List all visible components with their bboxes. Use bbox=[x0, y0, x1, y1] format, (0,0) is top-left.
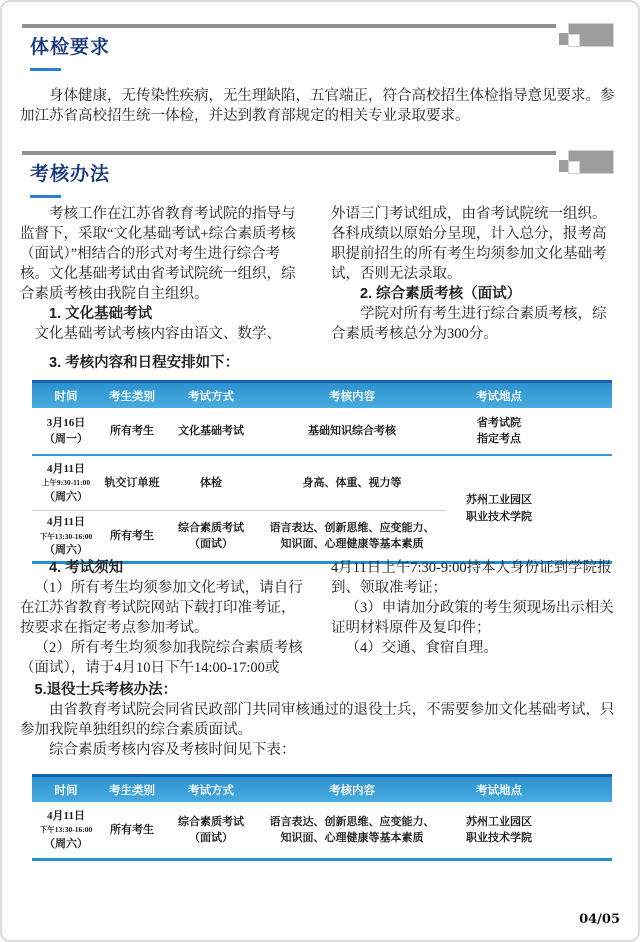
col-header-content: 考核内容 bbox=[258, 382, 446, 409]
notice-left-column: 4. 考试须知 （1）所有考生均须参加文化考试，请自行在江苏省教育考试院网站下载… bbox=[20, 558, 309, 678]
cell-content: 语言表达、创新思维、应变能力、 知识面、心理健康等基本素质 bbox=[258, 511, 446, 563]
col-header-content: 考核内容 bbox=[258, 776, 446, 803]
paragraph: （3）申请加分政策的考生须现场出示相关证明材料原件及复印件； bbox=[331, 598, 620, 638]
date-text: 4月11日 bbox=[34, 808, 98, 825]
paragraph: 综合素质考核内容及考核时间见下表： bbox=[20, 740, 620, 760]
cell-method: 综合素质考试 （面试） bbox=[164, 802, 258, 860]
section-assessment-header: 考核办法 bbox=[20, 151, 622, 203]
paragraph: 4月11日上午7:30-9:00持本人身份证到学院报到、领取准考证； bbox=[331, 558, 620, 598]
corner-block-large-icon bbox=[568, 150, 614, 174]
section-title-physical: 体检要求 bbox=[30, 32, 110, 59]
subheading-culture-exam: 1. 文化基础考试 bbox=[20, 304, 309, 324]
col-header-location: 考试地点 bbox=[446, 776, 612, 803]
cell-category: 所有考生 bbox=[100, 511, 164, 563]
time-text: 上午9:30-11:00 bbox=[34, 477, 98, 488]
weekday-text: （周六） bbox=[34, 836, 98, 853]
cell-category: 轨交订单班 bbox=[100, 455, 164, 511]
paragraph: 外语三门考试组成，由省考试院统一组织。各科成绩以原始分呈现，计入总分，报考高职提… bbox=[331, 204, 620, 284]
time-text: 下午13:30-16:00 bbox=[34, 824, 98, 835]
assessment-left-column: 考核工作在江苏省教育考试院的指导与监督下，采取“文化基础考试+综合素质考核（面试… bbox=[20, 204, 309, 344]
exam-schedule-table: 时间 考生类别 考试方式 考核内容 考试地点 3月16日 （周一） 所有考生 文… bbox=[32, 380, 612, 564]
divider-rule bbox=[22, 24, 556, 28]
subheading-veterans: 5.退役士兵考核办法： bbox=[20, 680, 620, 700]
col-header-location: 考试地点 bbox=[446, 382, 612, 409]
col-header-method: 考试方式 bbox=[164, 382, 258, 409]
date-text: 3月16日 bbox=[34, 415, 98, 432]
paragraph: 文化基础考试考核内容由语文、数学、 bbox=[20, 324, 309, 344]
cell-time: 4月11日 上午9:30-11:00 （周六） bbox=[32, 455, 100, 511]
paragraph: （1）所有考生均须参加文化考试，请自行在江苏省教育考试院网站下载打印准考证，按要… bbox=[20, 578, 309, 638]
subheading-exam-notice: 4. 考试须知 bbox=[20, 558, 309, 578]
cell-category: 所有考生 bbox=[100, 802, 164, 860]
veteran-schedule-table: 时间 考生类别 考试方式 考核内容 考试地点 4月11日 下午13:30-16:… bbox=[32, 774, 612, 861]
exam-notice-columns: 4. 考试须知 （1）所有考生均须参加文化考试，请自行在江苏省教育考试院网站下载… bbox=[20, 558, 620, 678]
paragraph: （2）所有考生均须参加我院综合素质考核（面试），请于4月10日下午14:00-1… bbox=[20, 638, 309, 678]
corner-block-large-icon bbox=[568, 23, 614, 47]
veterans-section: 5.退役士兵考核办法： 由省教育考试院会同省民政部门共同审核通过的退役士兵，不需… bbox=[20, 680, 620, 760]
cell-time: 3月16日 （周一） bbox=[32, 408, 100, 455]
section-title-assessment: 考核办法 bbox=[30, 159, 110, 186]
paragraph: 学院对所有考生进行综合素质考核，综合素质考核总分为300分。 bbox=[331, 304, 620, 344]
paragraph: 由省教育考试院会同省民政部门共同审核通过的退役士兵，不需要参加文化基础考试，只参… bbox=[20, 700, 620, 740]
title-underline bbox=[30, 195, 61, 198]
cell-content: 基础知识综合考核 bbox=[258, 408, 446, 455]
cell-location-merged: 苏州工业园区 职业技术学院 bbox=[446, 455, 612, 563]
divider-rule bbox=[22, 151, 556, 155]
cell-time: 4月11日 下午13:30-16:00 （周六） bbox=[32, 511, 100, 563]
notice-right-column: 4月11日上午7:30-9:00持本人身份证到学院报到、领取准考证； （3）申请… bbox=[331, 558, 620, 678]
subheading-schedule: 3. 考核内容和日程安排如下： bbox=[20, 353, 620, 373]
table-row: 3月16日 （周一） 所有考生 文化基础考试 基础知识综合考核 省考试院 指定考… bbox=[32, 408, 612, 455]
cell-method: 体检 bbox=[164, 455, 258, 511]
schedule-intro-line: 3. 考核内容和日程安排如下： bbox=[20, 353, 620, 373]
assessment-right-column: 外语三门考试组成，由省考试院统一组织。各科成绩以原始分呈现，计入总分，报考高职提… bbox=[331, 204, 620, 344]
subheading-quality-interview: 2. 综合素质考核（面试） bbox=[331, 284, 620, 304]
paragraph: 身体健康，无传染性疾病，无生理缺陷，五官端正，符合高校招生体检指导意见要求。参加… bbox=[20, 86, 620, 126]
cell-location: 省考试院 指定考点 bbox=[446, 408, 612, 455]
cell-content: 语言表达、创新思维、应变能力、 知识面、心理健康等基本素质 bbox=[258, 802, 446, 860]
table-header-row: 时间 考生类别 考试方式 考核内容 考试地点 bbox=[32, 382, 612, 409]
paragraph: （4）交通、食宿自理。 bbox=[331, 638, 620, 658]
table-row: 4月11日 上午9:30-11:00 （周六） 轨交订单班 体检 身高、体重、视… bbox=[32, 455, 612, 511]
date-text: 4月11日 bbox=[34, 461, 98, 478]
section-physical-header: 体检要求 bbox=[20, 24, 622, 76]
col-header-category: 考生类别 bbox=[100, 382, 164, 409]
col-header-time: 时间 bbox=[32, 382, 100, 409]
table-row: 4月11日 下午13:30-16:00 （周六） 所有考生 综合素质考试 （面试… bbox=[32, 802, 612, 860]
page-number: 04/05 bbox=[579, 912, 620, 927]
title-underline bbox=[30, 68, 61, 71]
col-header-time: 时间 bbox=[32, 776, 100, 803]
weekday-text: （周六） bbox=[34, 542, 98, 559]
paragraph: 考核工作在江苏省教育考试院的指导与监督下，采取“文化基础考试+综合素质考核（面试… bbox=[20, 204, 309, 304]
cell-content: 身高、体重、视力等 bbox=[258, 455, 446, 511]
document-page: 体检要求 身体健康，无传染性疾病，无生理缺陷，五官端正，符合高校招生体检指导意见… bbox=[0, 0, 640, 942]
table-header-row: 时间 考生类别 考试方式 考核内容 考试地点 bbox=[32, 776, 612, 803]
cell-method: 文化基础考试 bbox=[164, 408, 258, 455]
cell-location: 苏州工业园区 职业技术学院 bbox=[446, 802, 612, 860]
weekday-text: （周一） bbox=[34, 431, 98, 448]
cell-time: 4月11日 下午13:30-16:00 （周六） bbox=[32, 802, 100, 860]
cell-category: 所有考生 bbox=[100, 408, 164, 455]
time-text: 下午13:30-16:00 bbox=[34, 531, 98, 542]
physical-requirements-paragraph: 身体健康，无传染性疾病，无生理缺陷，五官端正，符合高校招生体检指导意见要求。参加… bbox=[20, 86, 620, 126]
cell-method: 综合素质考试 （面试） bbox=[164, 511, 258, 563]
assessment-columns: 考核工作在江苏省教育考试院的指导与监督下，采取“文化基础考试+综合素质考核（面试… bbox=[20, 204, 620, 344]
col-header-method: 考试方式 bbox=[164, 776, 258, 803]
weekday-text: （周六） bbox=[34, 489, 98, 506]
date-text: 4月11日 bbox=[34, 514, 98, 531]
col-header-category: 考生类别 bbox=[100, 776, 164, 803]
